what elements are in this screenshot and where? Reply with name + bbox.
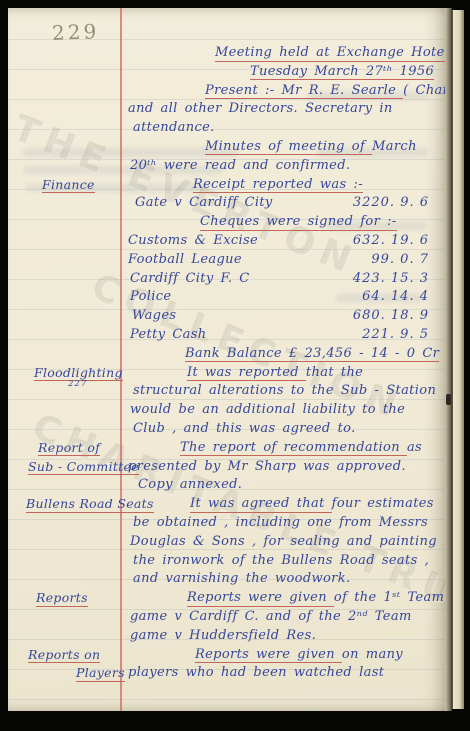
margin-note [8,382,120,401]
minute-line: Present :- Mr R. E. Searle ( Chair ) [8,82,445,101]
minute-text: Copy annexed. [120,476,445,495]
minute-text: presented by Mr Sharp was approved. [120,458,445,477]
minute-text: Meeting held at Exchange Hotel. [120,44,445,63]
margin-note: Floodlighting227 [8,364,120,383]
margin-note [8,345,120,364]
margin-note: Bullens Road Seats [8,495,120,514]
minute-line: the ironwork of the Bullens Road seats , [8,552,445,571]
minute-line: Floodlighting227It was reported that the [8,364,445,383]
minute-text: be obtained , including one from Messrs [120,514,445,533]
minute-text: Reports were given of the 1ˢᵗ Team [120,589,445,608]
margin-note [8,401,120,420]
margin-note [8,119,120,138]
minute-text: Tuesday March 27ᵗʰ 1956 [120,63,445,82]
margin-note [8,420,120,439]
minute-line: Police64. 14. 4 [8,288,445,307]
minute-line: Sub - Committeepresented by Mr Sharp was… [8,458,445,477]
margin-note [8,213,120,232]
minute-text: It was reported that the [120,364,445,383]
amount-value: 632. 19. 6 [353,232,429,251]
minute-text: Club , and this was agreed to. [120,420,445,439]
minute-line: Cardiff City F. C423. 15. 3 [8,270,445,289]
margin-note [8,627,120,646]
minute-text: players who had been watched last [120,664,445,683]
minute-line: Douglas & Sons , for sealing and paintin… [8,533,445,552]
minute-line: 20ᵗʰ were read and confirmed. [8,157,445,176]
next-page-edge[interactable] [452,10,464,709]
minute-text: Receipt reported was :- [120,176,445,195]
minute-book-page: THE EVERTON COLLECTION CHARITABLE TRUST … [8,8,445,711]
page-curl-edge [445,8,452,711]
margin-note [8,533,120,552]
minute-text: Cheques were signed for :- [120,213,445,232]
margin-note [8,100,120,119]
minute-line: Bank Balance £ 23,456 - 14 - 0 Cr [8,345,445,364]
margin-note: Report of [8,439,120,458]
margin-note [8,251,120,270]
margin-note [8,232,120,251]
minute-text: game v Huddersfield Res. [120,627,445,646]
minute-text: Reports were given on many [120,646,445,665]
minute-text: game v Cardiff C. and of the 2ⁿᵈ Team [120,608,445,627]
minute-line: and varnishing the woodwork. [8,570,445,589]
margin-note [8,194,120,213]
minute-line: Football League99. 0. 7 [8,251,445,270]
minute-line: Reports onReports were given on many [8,646,445,665]
minute-text: the ironwork of the Bullens Road seats , [120,552,445,571]
minute-text: Present :- Mr R. E. Searle ( Chair ) [120,82,445,101]
minute-line: Meeting held at Exchange Hotel. [8,44,445,63]
minute-text: 20ᵗʰ were read and confirmed. [120,157,445,176]
minute-line: Minutes of meeting of March [8,138,445,157]
minute-line: be obtained , including one from Messrs [8,514,445,533]
minute-text: and varnishing the woodwork. [120,570,445,589]
margin-note [8,288,120,307]
margin-note [8,608,120,627]
margin-note: Finance [8,176,120,195]
margin-note [8,157,120,176]
minute-line: Gate v Cardiff City3220. 9. 6 [8,194,445,213]
amount-value: 99. 0. 7 [371,251,429,270]
amount-value: 221. 9. 5 [362,326,429,345]
amount-value: 423. 15. 3 [353,270,429,289]
margin-note [8,552,120,571]
amount-value: 3220. 9. 6 [353,194,429,213]
minute-line: FinanceReceipt reported was :- [8,176,445,195]
margin-note [8,63,120,82]
minute-text: attendance. [120,119,445,138]
minute-text: would be an additional liability to the [120,401,445,420]
folio-number: 229 [52,19,100,45]
minute-text: Minutes of meeting of March [120,138,445,157]
minute-line: structural alterations to the Sub - Stat… [8,382,445,401]
minute-line: Petty Cash221. 9. 5 [8,326,445,345]
binding-speck [446,394,451,405]
margin-note [8,326,120,345]
margin-note: Sub - Committee [8,458,120,477]
minute-line: attendance. [8,119,445,138]
minute-line: Playersplayers who had been watched last [8,664,445,683]
minute-line: Wages680. 18. 9 [8,307,445,326]
minute-line: Cheques were signed for :- [8,213,445,232]
minute-line: would be an additional liability to the [8,401,445,420]
minute-text: It was agreed that four estimates [120,495,445,514]
margin-note: Players [8,664,120,683]
margin-note [8,307,120,326]
minute-line: game v Cardiff C. and of the 2ⁿᵈ Team [8,608,445,627]
minute-line: Club , and this was agreed to. [8,420,445,439]
margin-note: Reports on [8,646,120,665]
amount-value: 64. 14. 4 [362,288,429,307]
minute-text: Bank Balance £ 23,456 - 14 - 0 Cr [120,345,445,364]
minute-line: Report ofThe report of recommendation as [8,439,445,458]
minute-line: game v Huddersfield Res. [8,627,445,646]
photo-background: THE EVERTON COLLECTION CHARITABLE TRUST … [0,0,470,731]
minute-text: The report of recommendation as [120,439,445,458]
minute-text: Douglas & Sons , for sealing and paintin… [120,533,445,552]
minute-line: Tuesday March 27ᵗʰ 1956 [8,63,445,82]
margin-note: Reports [8,589,120,608]
margin-note [8,138,120,157]
minute-line: Copy annexed. [8,476,445,495]
minute-line: Bullens Road SeatsIt was agreed that fou… [8,495,445,514]
minute-line: Customs & Excise632. 19. 6 [8,232,445,251]
minutes-content: Meeting held at Exchange Hotel.Tuesday M… [8,44,445,683]
margin-note [8,514,120,533]
margin-note [8,82,120,101]
margin-note [8,570,120,589]
amount-value: 680. 18. 9 [353,307,429,326]
margin-note [8,476,120,495]
margin-note [8,270,120,289]
minute-text: and all other Directors. Secretary in [120,100,445,119]
minute-line: and all other Directors. Secretary in [8,100,445,119]
minute-text: structural alterations to the Sub - Stat… [120,382,445,401]
margin-note [8,44,120,63]
minute-line: ReportsReports were given of the 1ˢᵗ Tea… [8,589,445,608]
